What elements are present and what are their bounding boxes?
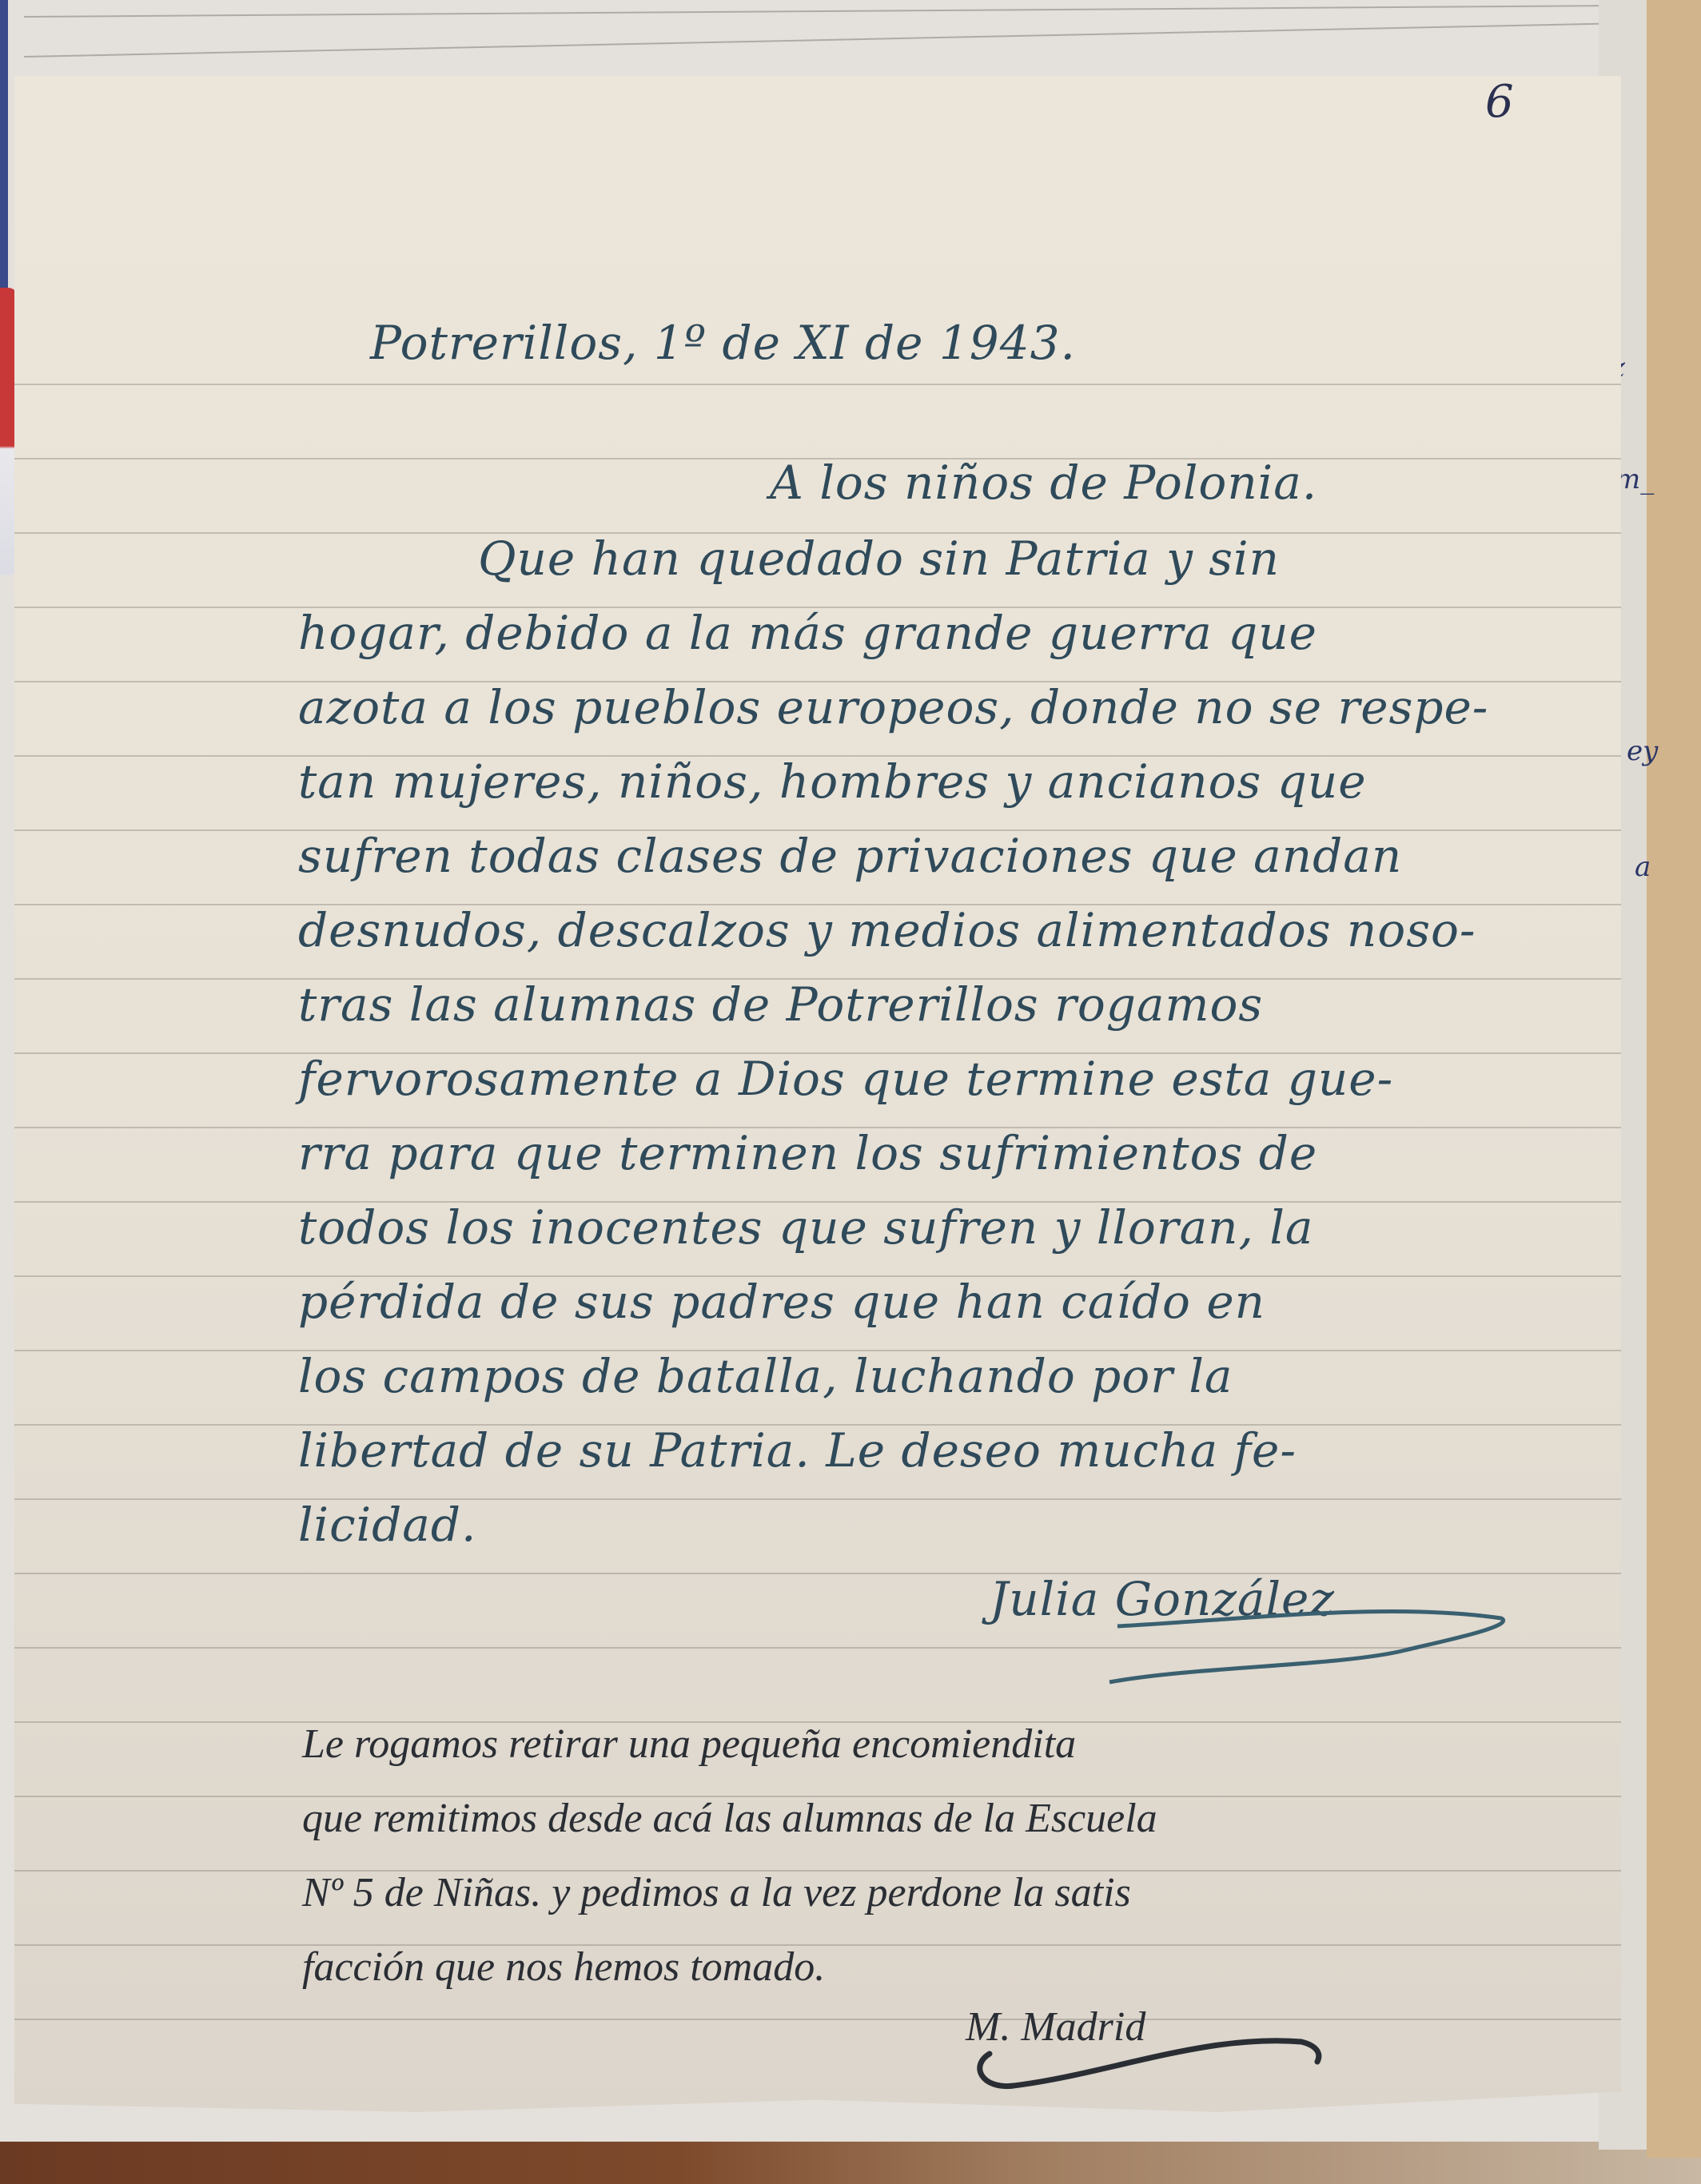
body-line: Que han quedado sin Patria y sin [478,531,1280,586]
postscript-line: que remitimos desde acá las alumnas de l… [302,1795,1157,1842]
letter-page: 6 Potrerillos, 1º de XI de 1943. A los n… [14,76,1621,2112]
salutation: A los niños de Polonia. [770,455,1317,510]
body-line: desnudos, descalzos y medios alimentados… [298,903,1476,957]
body-line: tras las alumnas de Potrerillos rogamos [298,977,1263,1032]
manila-folder-edge [1647,0,1701,2158]
body-line: licidad. [298,1498,476,1552]
body-line: rra para que terminen los sufrimientos d… [298,1126,1317,1180]
margin-fragment: a [1635,851,1651,883]
body-line: sufren todas clases de privaciones que a… [298,829,1402,883]
underlying-ruled-line [24,5,1623,18]
body-line: pérdida de sus padres que han caído en [298,1275,1265,1329]
body-line: libertad de su Patria. Le deseo mucha fe… [298,1423,1297,1478]
margin-fragment: ey [1627,735,1658,767]
signature-underline [966,2026,1333,2098]
body-line: tan mujeres, niños, hombres y ancianos q… [298,754,1367,809]
body-line: los campos de batalla, luchando por la [298,1349,1233,1403]
postscript-line: Nº 5 de Niñas. y pedimos a la vez perdon… [302,1869,1131,1916]
body-line: todos los inocentes que sufren y lloran,… [298,1200,1314,1255]
postscript-line: facción que nos hemos tomado. [302,1943,825,1991]
underlying-ruled-line [24,22,1623,58]
body-line: fervorosamente a Dios que termine esta g… [298,1052,1393,1106]
place-date: Potrerillos, 1º de XI de 1943. [370,316,1076,370]
body-line: hogar, debido a la más grande guerra que [298,606,1317,660]
signature-flourish [1101,1594,1517,1690]
page-number: 6 [1485,76,1514,128]
postscript-line: Le rogamos retirar una pequeña encomiend… [302,1721,1076,1768]
body-line: azota a los pueblos europeos, donde no s… [298,680,1488,734]
